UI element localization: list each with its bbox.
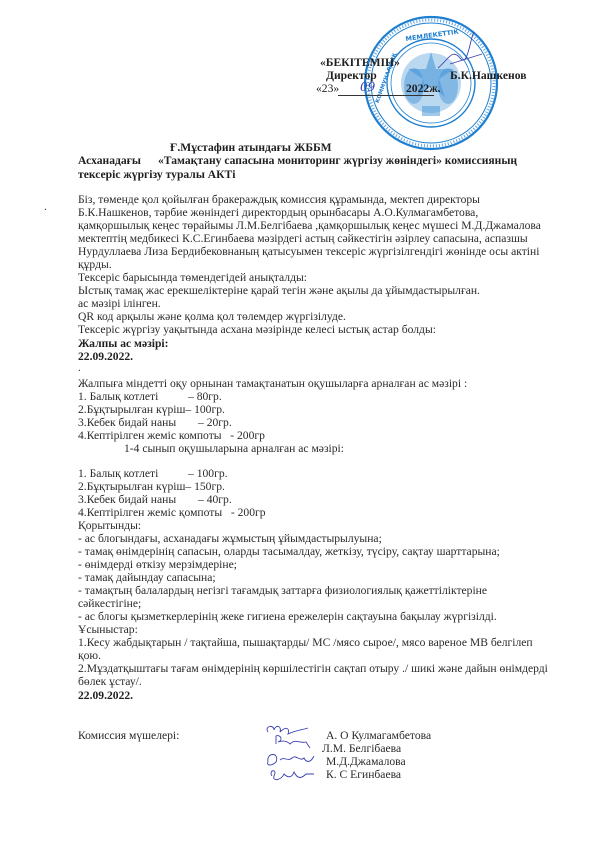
end-date: 22.09.2022. [78, 689, 133, 702]
menu-item-name: 3.Кебек бидай наны [78, 416, 198, 429]
school-name: Ғ.Мұстафин атындағы ЖББМ [170, 141, 332, 154]
commission-member: А. О Кулмагамбетова [326, 729, 431, 742]
menu-item-name: 4.Кептірілген жеміс компоты [78, 429, 222, 442]
menu-item-name: 1. Балық котлеті [78, 467, 188, 480]
separator-dot: . [78, 361, 81, 374]
menu-item: 4.Кептірілген жеміс қомпоты - 200гр [78, 506, 266, 519]
menu-item: 1. Балық котлеті– 100гр. [78, 467, 228, 480]
recommendation-line: 2.Мұздатқыштағы тағам өнімдерінің көршіл… [78, 662, 548, 675]
intro-line: Біз, төменде қол қойылған бракераждық ко… [78, 193, 480, 206]
menu-item-name: 2.Бұқтырылған күріш [78, 480, 185, 493]
director-signature [430, 28, 490, 78]
primary-menu-title: 1-4 сынып оқушыларына арналған ас мәзірі… [124, 442, 344, 455]
margin-dot: . [44, 200, 47, 213]
member-signatures [262, 722, 328, 792]
menu-item-amount: - 200гр [222, 429, 265, 442]
commission-member: К. С Егинбаева [326, 768, 401, 781]
intro-line: Тексеріс жүргізу уақытында асхана мәзірі… [78, 323, 436, 336]
menu-item-name: 2.Бұқтырылған күріш [78, 403, 185, 416]
menu-item: 2.Бұқтырылған күріш– 100гр. [78, 403, 225, 416]
document-title-prefix: Асханадағы [78, 154, 141, 167]
commission-member: М.Д.Джамалова [326, 755, 406, 768]
general-menu-title: Жалпыға міндетті оқу орнынан тамақтанаты… [78, 377, 467, 390]
intro-line: құрды. [78, 258, 112, 271]
intro-line: Б.К.Нашкенов, тәрбие жөніндегі директорд… [78, 206, 478, 219]
approval-heading: «БЕКІТЕМІН» [320, 56, 400, 69]
document-title-line2: тексеріс жүргізу туралы АКТі [78, 168, 236, 181]
approval-date-underline [338, 95, 434, 96]
intro-line: Тексеріс барысында төмендегідей анықталд… [78, 271, 307, 284]
menu-item: 3.Кебек бидай наны– 40гр. [78, 493, 232, 506]
conclusion-line: - тамақ өнімдерінің сапасын, оларды тасы… [78, 545, 500, 558]
menu-item-amount: – 20гр. [198, 416, 232, 429]
menu-item-amount: - 200гр [222, 506, 265, 519]
conclusion-line: - өнімдерді өткізу мерзімдеріне; [78, 558, 237, 571]
approval-date-month: 09 [360, 80, 375, 94]
intro-line: Нурдуллаева Лиза Бердибековнаның қатысуы… [78, 245, 539, 258]
menu-item-amount: – 150гр. [185, 480, 225, 493]
approval-date-year: 2022ж. [406, 82, 441, 95]
recommendation-line: 1.Кесу жабдықтарын / тақтайша, пышақтард… [78, 636, 533, 649]
conclusion-line: - ас блогындағы, асханадағы жұмыстың ұйы… [78, 532, 382, 545]
conclusion-title: Қорытынды: [78, 519, 141, 532]
conclusion-line: - ас блогы қызметкерлерінің жеке гигиена… [78, 610, 497, 623]
menu-item-amount: – 100гр. [188, 467, 228, 480]
commission-member: Л.М. Белгібаева [322, 742, 401, 755]
document-title: «Тамақтану сапасына мониторинг жүргізу ж… [158, 154, 517, 167]
recommendation-line: қою. [78, 649, 101, 662]
menu-item-name: 1. Балық котлеті [78, 390, 188, 403]
commission-label: Комиссия мүшелері: [78, 729, 179, 742]
intro-line: Ыстық тамақ жас ерекшеліктеріне қарай те… [78, 284, 480, 297]
conclusion-line: сәйкестігіне; [78, 597, 141, 610]
menu-item: 4.Кептірілген жеміс компоты - 200гр [78, 429, 265, 442]
intro-line: ас мәзірі ілінген. [78, 297, 161, 310]
intro-line: QR код арқылы және қолма қол төлемдер жү… [78, 310, 346, 323]
conclusion-line: - тамақ дайындау сапасына; [78, 571, 216, 584]
menu-item-amount: – 80гр. [188, 390, 222, 403]
menu-item-name: 4.Кептірілген жеміс қомпоты [78, 506, 222, 519]
recommendations-title: Ұсыныстар: [78, 623, 138, 636]
menu-item-name: 3.Кебек бидай наны [78, 493, 198, 506]
menu-item: 2.Бұқтырылған күріш– 150гр. [78, 480, 225, 493]
recommendation-line: бөлек ұстау/. [78, 675, 142, 688]
menu-item-amount: – 40гр. [198, 493, 232, 506]
approval-date-day: «23» [316, 82, 339, 95]
conclusion-line: - тамақтың балалардың негізгі тағамдық з… [78, 584, 487, 597]
intro-line: мектептің медбикесі К.С.Егинбаева мәзірд… [78, 232, 528, 245]
menu-item: 3.Кебек бидай наны– 20гр. [78, 416, 232, 429]
menu-heading: Жалпы ас мәзірі: [78, 337, 169, 350]
menu-item-amount: – 100гр. [185, 403, 225, 416]
menu-item: 1. Балық котлеті– 80гр. [78, 390, 222, 403]
menu-date: 22.09.2022. [78, 350, 133, 363]
intro-line: қамқоршылық кеңес төрайымы Л.М.Белгібаев… [78, 219, 541, 232]
